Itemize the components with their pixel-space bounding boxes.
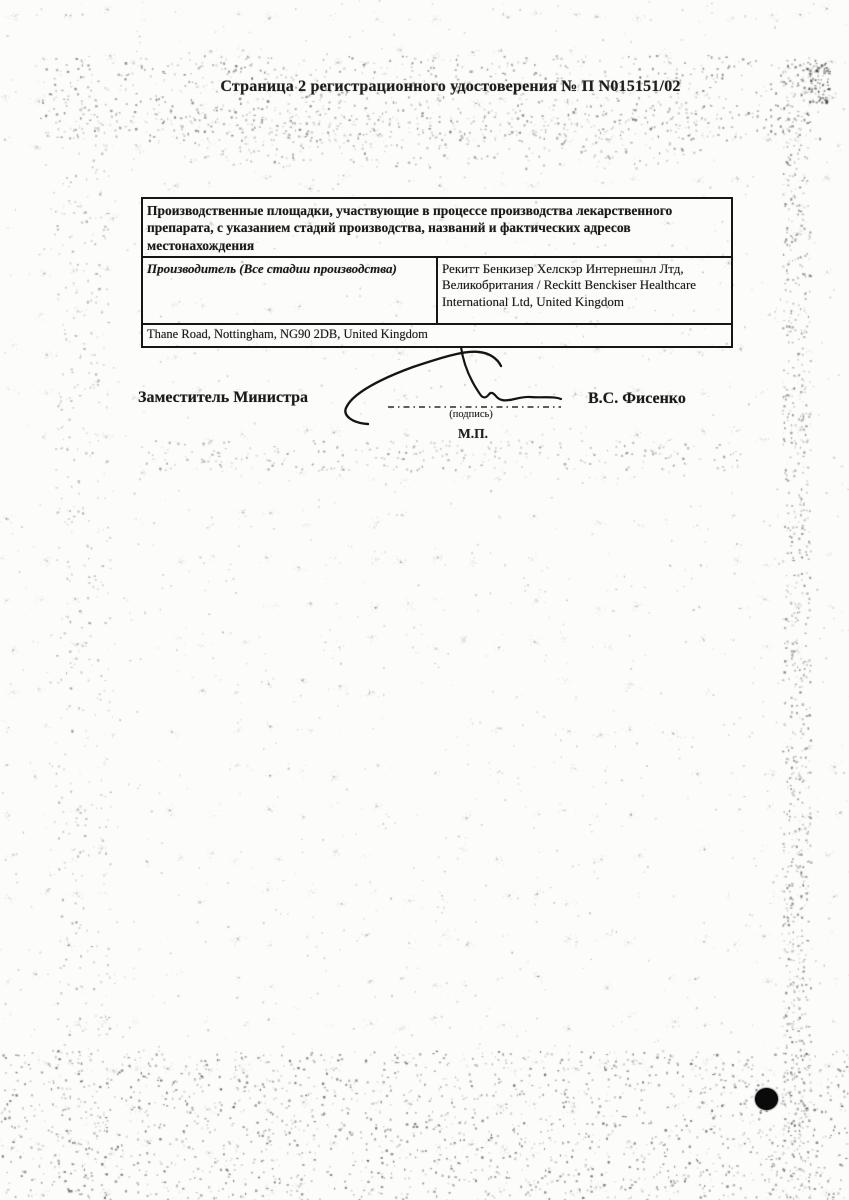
table-row: Производитель (Все стадии производства) … [142,257,732,324]
scanned-document-page: { "page": { "header_line": "Страница 2 р… [0,0,849,1200]
signatory-name: В.С. Фисенко [588,390,686,408]
signature-scribble-icon [330,343,570,435]
producer-role-cell: Производитель (Все стадии производства) [142,257,437,324]
production-sites-table: Производственные площадки, участвующие в… [141,197,733,348]
page-title: Страница 2 регистрационного удостоверени… [26,78,849,96]
producer-name-cell: Рекитт Бенкизер Хелскэр Интернешнл Лтд, … [437,257,732,324]
signature-tail-stroke [461,347,561,400]
deputy-minister-title: Заместитель Министра [138,389,308,407]
signature-loop-stroke [345,352,501,424]
table-title-cell: Производственные площадки, участвующие в… [142,198,732,257]
hole-punch-mark [755,1088,778,1110]
table-row: Производственные площадки, участвующие в… [142,198,732,257]
scan-noise-texture [0,0,849,1200]
